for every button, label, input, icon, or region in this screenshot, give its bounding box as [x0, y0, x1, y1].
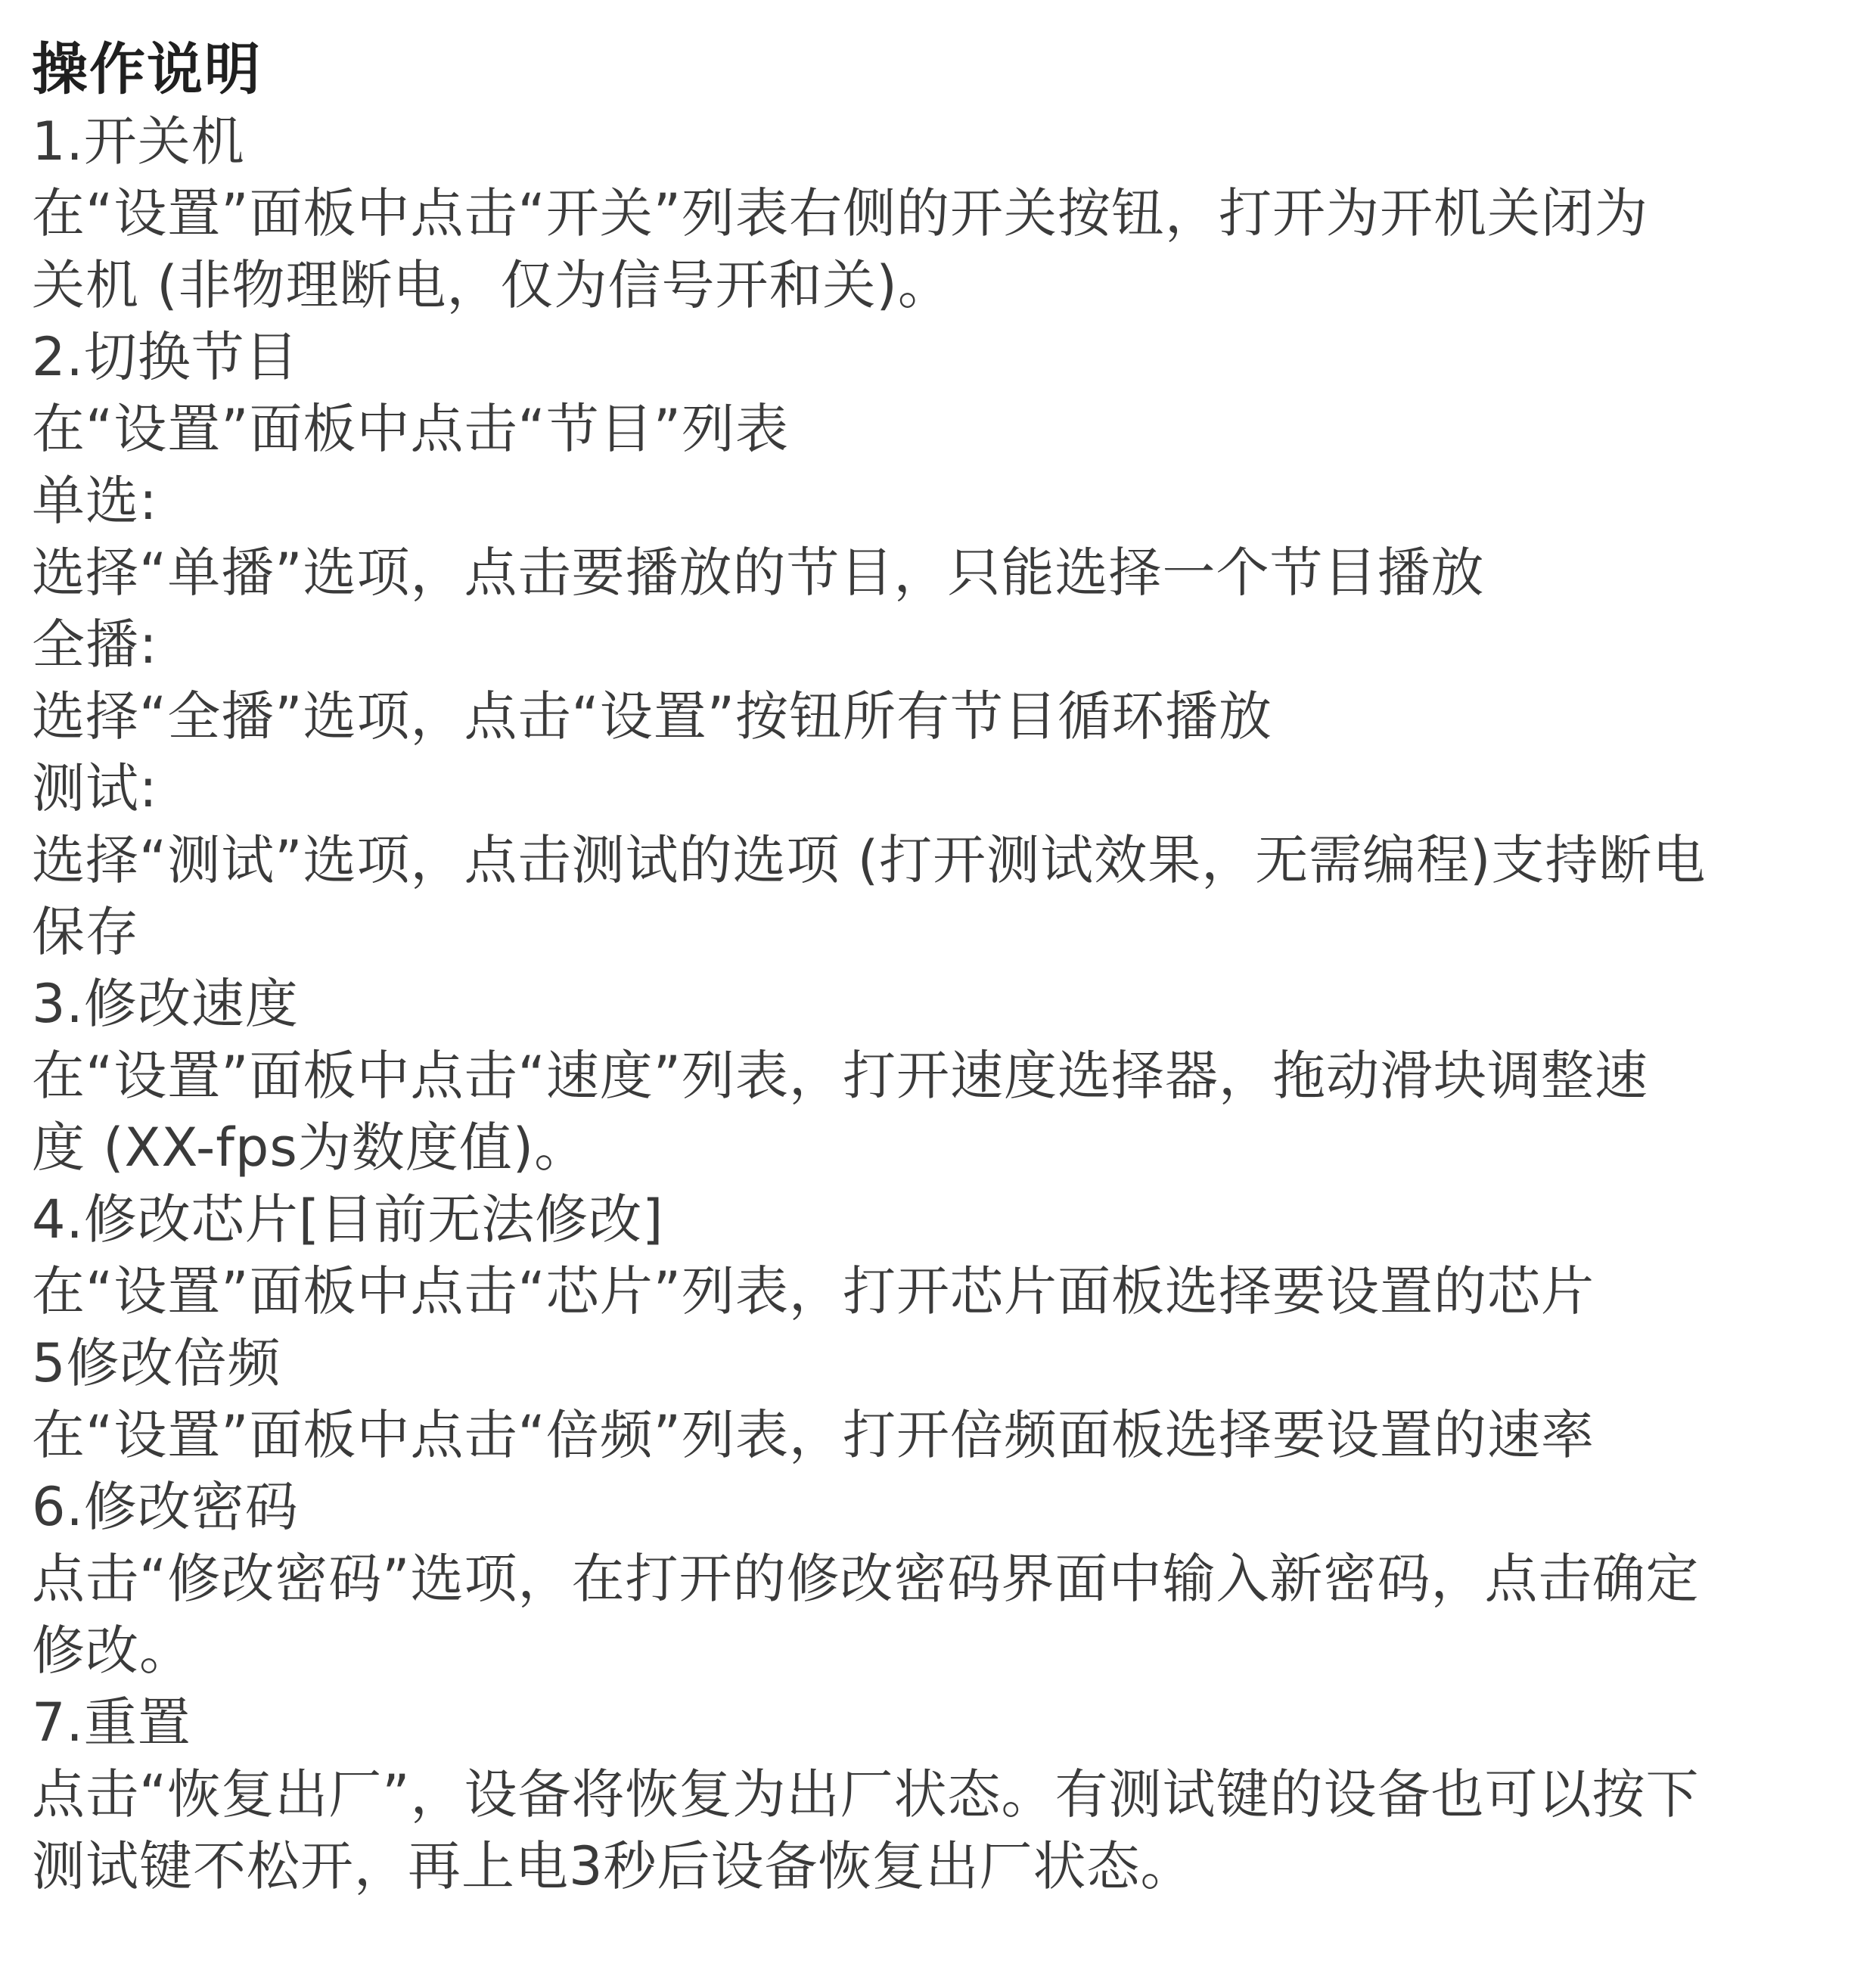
section-heading-power: 1.开关机 — [32, 106, 1862, 178]
section-heading-reset: 7.重置 — [32, 1687, 1862, 1759]
paragraph-line: 点击“修改密码”选项，在打开的修改密码界面中输入新密码，点击确定 — [32, 1543, 1862, 1615]
paragraph-line: 在“设置”面板中点击“节目”列表 — [32, 393, 1862, 465]
paragraph-line: 在“设置”面板中点击“芯片”列表，打开芯片面板选择要设置的芯片 — [32, 1256, 1862, 1328]
instructions-document: 操作说明 1.开关机 在“设置”面板中点击“开关”列表右侧的开关按钮，打开为开机… — [32, 33, 1862, 1903]
paragraph-line: 关机 (非物理断电，仅为信号开和关)。 — [32, 250, 1862, 322]
paragraph-line: 选择“测试”选项，点击测试的选项 (打开测试效果，无需编程)支持断电 — [32, 825, 1862, 896]
paragraph-line: 在“设置”面板中点击“倍频”列表，打开倍频面板选择要设置的速率 — [32, 1399, 1862, 1471]
paragraph-line: 修改。 — [32, 1615, 1862, 1687]
paragraph-line: 测试键不松开，再上电3秒后设备恢复出厂状态。 — [32, 1831, 1862, 1903]
section-heading-password: 6.修改密码 — [32, 1471, 1862, 1543]
subheading-all: 全播: — [32, 609, 1862, 681]
paragraph-line: 选择“全播”选项，点击“设置”按钮所有节目循环播放 — [32, 681, 1862, 753]
paragraph-line: 度 (XX-fps为数度值)。 — [32, 1112, 1862, 1184]
paragraph-line: 点击“恢复出厂”，设备将恢复为出厂状态。有测试键的设备也可以按下 — [32, 1759, 1862, 1831]
paragraph-line: 保存 — [32, 896, 1862, 968]
section-heading-switch-program: 2.切换节目 — [32, 322, 1862, 393]
section-heading-speed: 3.修改速度 — [32, 968, 1862, 1040]
subheading-test: 测试: — [32, 753, 1862, 825]
paragraph-line: 在“设置”面板中点击“开关”列表右侧的开关按钮，打开为开机关闭为 — [32, 178, 1862, 250]
subheading-single: 单选: — [32, 465, 1862, 537]
section-heading-chip: 4.修改芯片[目前无法修改] — [32, 1184, 1862, 1256]
document-title: 操作说明 — [32, 33, 1862, 106]
paragraph-line: 选择“单播”选项，点击要播放的节目，只能选择一个节目播放 — [32, 537, 1862, 609]
section-heading-frequency: 5修改倍频 — [32, 1328, 1862, 1399]
paragraph-line: 在“设置”面板中点击“速度”列表，打开速度选择器，拖动滑块调整速 — [32, 1040, 1862, 1112]
